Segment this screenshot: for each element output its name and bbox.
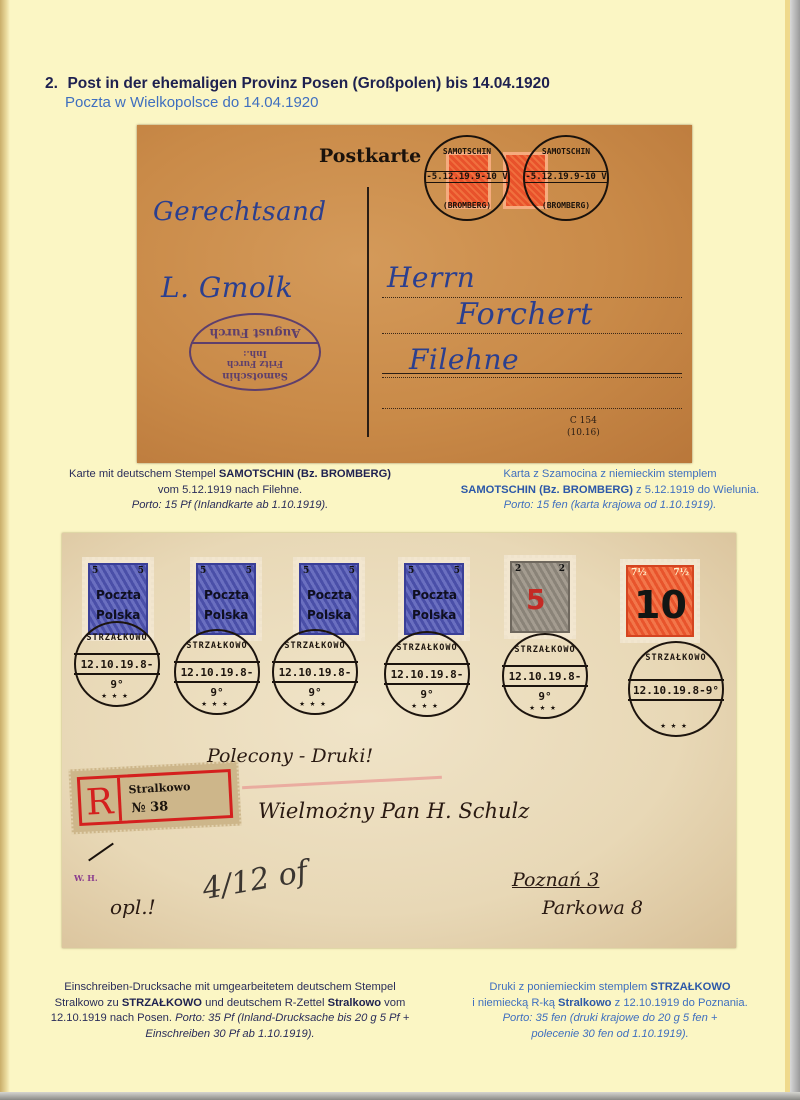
envelope-image: 5 5 PocztaPolska 5 5 PocztaPolska 5 5 Po… [62, 533, 736, 948]
postmark-strzalkowo-4: STRZAŁKOWO 12.10.19.8-9° ★★★ [384, 631, 470, 717]
postmark-strzalkowo-5: STRZAŁKOWO 12.10.19.8-9° ★★★ [502, 633, 588, 719]
registration-label: R Stralkowo № 38 [68, 761, 241, 835]
postmark-strzalkowo-2: STRZAŁKOWO 12.10.19.8-9° ★★★ [174, 629, 260, 715]
sender-handwriting-2: L. Gmolk [161, 271, 293, 304]
postmark-strzalkowo-1: STRZAŁKOWO 12.10.19.8-9° ★★★ [74, 621, 160, 707]
sender-handwriting-1: Gerechtsand [153, 197, 326, 227]
envelope-stamp-6: 7½ 7½ 10 [620, 559, 700, 643]
pencil-note: 4/12 of [200, 854, 311, 907]
arrow-icon [88, 843, 114, 862]
page-left-edge [0, 0, 10, 1100]
address-handwriting-1: Herrn [387, 261, 475, 294]
surcharge-5: 5 [526, 583, 545, 616]
postmark-samotschin-1: SAMOTSCHIN -5.12.19.9-10 V (BROMBERG) [424, 135, 510, 221]
postcard-form-number: C 154 (10.16) [567, 415, 600, 439]
section-number: 2. [45, 75, 63, 93]
registration-number: № 38 [131, 799, 168, 816]
address-line [382, 408, 682, 409]
address-line [382, 377, 682, 378]
envelope-handwriting-2: Wielmożny Pan H. Schulz [258, 799, 529, 823]
section-title-pl: Poczta w Wielkopolsce do 14.04.1920 [65, 94, 550, 111]
postmark-strzalkowo-6: STRZAŁKOWO 12.10.19.8-9° ★★★ [628, 641, 724, 737]
address-line [382, 333, 682, 334]
caption-envelope-pl: Druki z poniemieckim stemplem STRZAŁKOWO… [420, 980, 800, 1042]
postcard-printed-title: Postkarte [319, 145, 421, 167]
wh-initials: W. H. [74, 873, 98, 883]
sender-oval-stamp: Samotschin Fritz Furch Inh.: August Furc… [189, 313, 321, 391]
envelope-handwriting-1: Polecony - Druki! [207, 745, 373, 767]
caption-envelope-de: Einschreiben-Drucksache mit umgearbeitet… [40, 980, 420, 1042]
postmark-strzalkowo-3: STRZAŁKOWO 12.10.19.8-9° ★★★ [272, 629, 358, 715]
envelope-handwriting-4: Parkowa 8 [542, 897, 643, 919]
envelope-stamp-4: 5 5 PocztaPolska [398, 557, 470, 641]
page-bottom-edge [0, 1092, 800, 1100]
section-title-de: Post in der ehemaligen Provinz Posen (Gr… [67, 75, 549, 92]
envelope-stamp-3: 5 5 PocztaPolska [293, 557, 365, 641]
envelope-stamp-2: 5 5 PocztaPolska [190, 557, 262, 641]
address-handwriting-2: Forchert [457, 297, 593, 332]
address-handwriting-3: Filehne [409, 343, 519, 376]
envelope-stamp-5: 2 2 5 [504, 555, 576, 639]
red-pencil-line [242, 776, 442, 789]
caption-postcard-de: Karte mit deutschem Stempel SAMOTSCHIN (… [40, 467, 420, 514]
registration-town: Stralkowo [128, 780, 191, 796]
surcharge-10: 10 [634, 583, 687, 627]
envelope-handwriting-3: Poznań 3 [512, 869, 599, 891]
caption-postcard-pl: Karta z Szamocina z niemieckim stemplem … [420, 467, 800, 514]
registration-letter: R [80, 778, 122, 823]
postcard-divider-line [367, 187, 369, 437]
album-page: 2. Post in der ehemaligen Provinz Posen … [0, 0, 800, 1100]
opl-note: opl.! [110, 895, 156, 919]
postcard-image: Postkarte SAMOTSCHIN -5.12.19.9-10 V (BR… [137, 125, 692, 463]
page-right-edge [790, 0, 800, 1100]
postmark-samotschin-2: SAMOTSCHIN -5.12.19.9-10 V (BROMBERG) [523, 135, 609, 221]
section-heading: 2. Post in der ehemaligen Provinz Posen … [45, 75, 550, 111]
